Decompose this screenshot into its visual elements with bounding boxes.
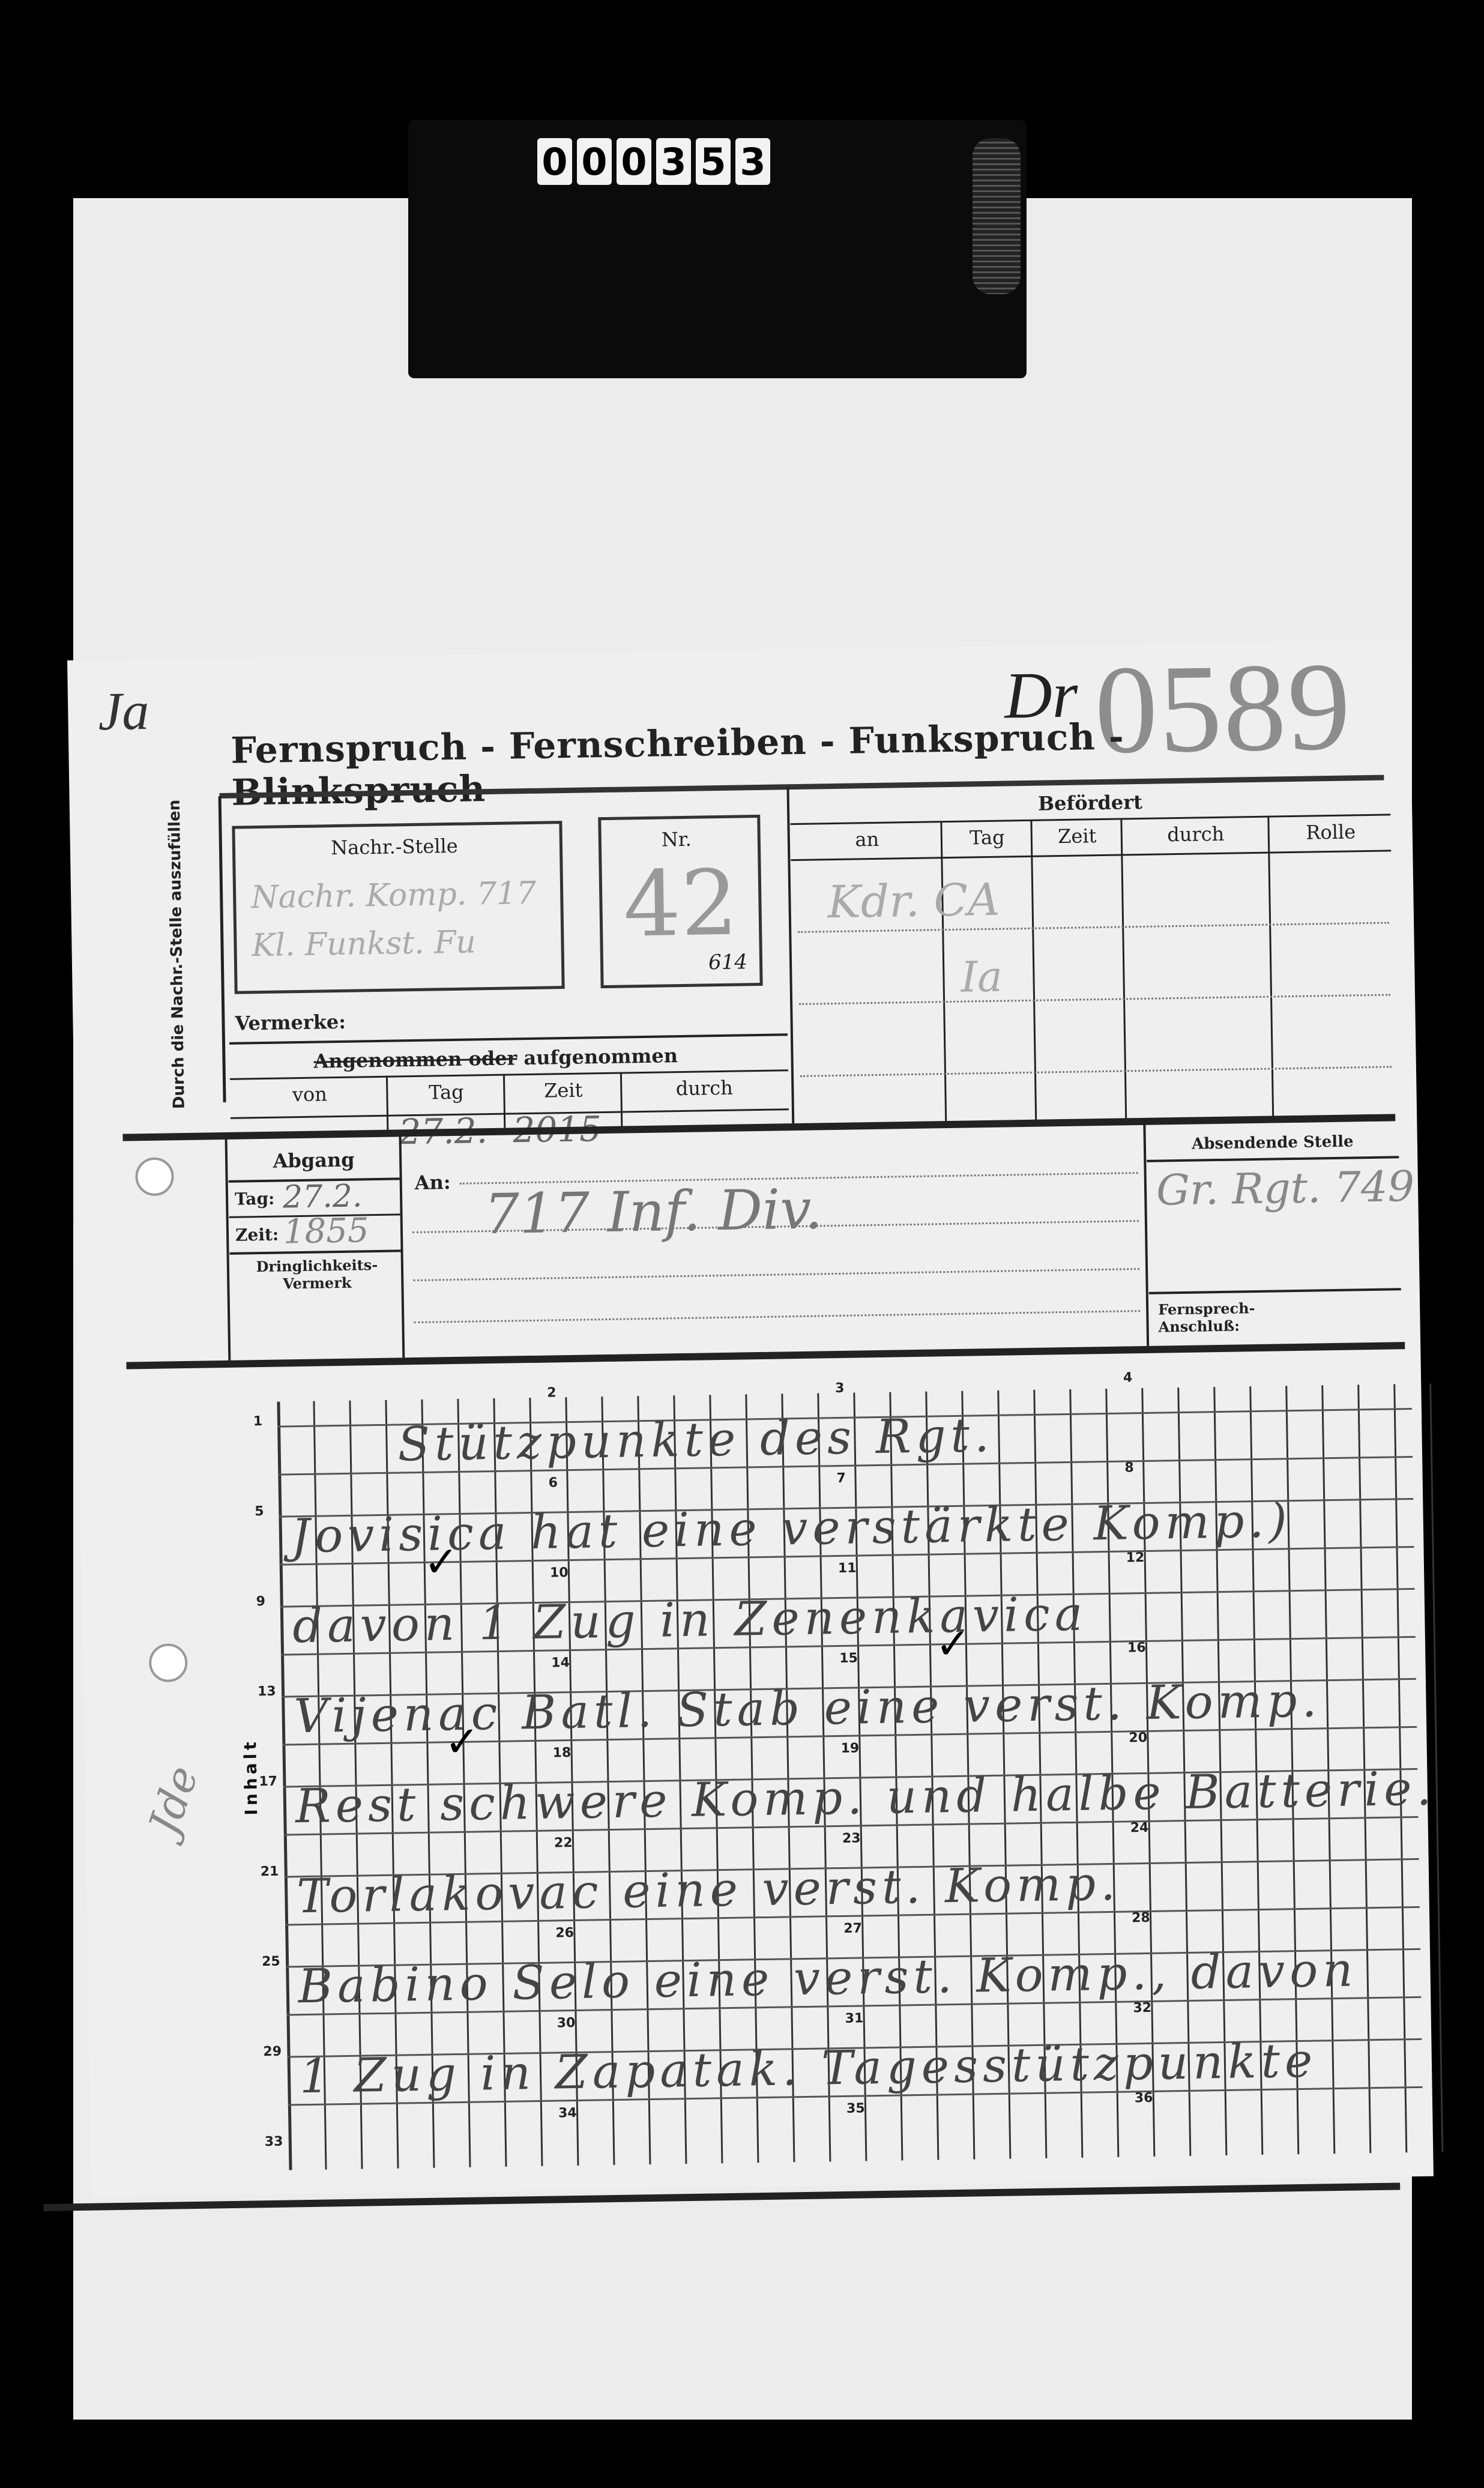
line-number: 32	[1133, 2000, 1151, 2015]
an-label: An:	[414, 1171, 450, 1194]
nr-value: 42	[623, 851, 739, 958]
line-number: 15	[839, 1651, 858, 1666]
line-number: 11	[838, 1561, 857, 1576]
abgang-tag-value: 27.2.	[283, 1178, 363, 1215]
befoerdert-col-durch: durch	[1123, 822, 1268, 847]
line-number: 8	[1124, 1460, 1134, 1475]
aufgenommen-col-von: von	[233, 1082, 387, 1107]
befoerdert-handwritten: Kdr. CA	[827, 874, 1000, 928]
aufgenommen-text: aufgenommen	[523, 1044, 678, 1069]
line-number: 2	[547, 1385, 556, 1400]
message-grid: Inhalt 159131721252933234678101112141516…	[241, 1384, 1423, 2170]
absendende-stelle-value: Gr. Rgt. 749	[1156, 1162, 1414, 1215]
line-number: 6	[548, 1475, 558, 1490]
line-number: 26	[555, 1925, 574, 1940]
abgang-divider	[399, 1135, 405, 1357]
line-number: 18	[552, 1745, 571, 1760]
counter-digits: 0 0 0 3 5 3	[537, 138, 770, 185]
counter-digit: 0	[617, 138, 651, 185]
dotted-line	[800, 1066, 1392, 1076]
message-form: Ja Dr 0589 Fernspruch - Fernschreiben - …	[67, 639, 1434, 2197]
line-number: 1	[253, 1414, 263, 1429]
line-number: 31	[845, 2011, 864, 2026]
message-line: 1 Zug in Zapatak. Tagesstützpunkte	[299, 2034, 1317, 2104]
message-line: Rest schwere Komp. und halbe Batterie.	[295, 1762, 1437, 1834]
counter-digit: 3	[735, 138, 770, 185]
line-number: 5	[255, 1504, 264, 1519]
befoerdert-col-an: an	[794, 827, 941, 852]
col-divider	[503, 1074, 505, 1128]
line-number: 28	[1132, 1910, 1150, 1925]
section-separator	[126, 1342, 1405, 1369]
rule	[229, 1033, 788, 1045]
an-value: 717 Inf. Div.	[484, 1177, 823, 1246]
befoerdert-col-rolle: Rolle	[1270, 820, 1391, 844]
dotted-line	[414, 1310, 1140, 1323]
nachr-stelle-value-2: Kl. Funkst. Fu	[252, 924, 476, 964]
line-number: 29	[263, 2044, 282, 2059]
col-divider	[940, 822, 947, 1122]
absendende-stelle-label: Absendende Stelle	[1147, 1132, 1399, 1154]
abgang-zeit-value: 1855	[283, 1211, 369, 1251]
rule	[231, 1108, 789, 1119]
check-mark-icon: ✓	[423, 1537, 459, 1587]
line-number: 14	[551, 1655, 570, 1670]
nr-sub-value: 614	[708, 950, 748, 974]
margin-initials: Jde	[139, 1760, 208, 1841]
counter-knob-icon	[973, 138, 1021, 294]
aufgenommen-col-tag: Tag	[389, 1080, 504, 1105]
dotted-line	[799, 994, 1390, 1004]
line-number: 3	[835, 1381, 845, 1396]
absender-divider	[1143, 1124, 1149, 1346]
rule	[230, 1249, 401, 1254]
line-number: 34	[558, 2106, 577, 2121]
line-number: 22	[554, 1835, 573, 1850]
col-divider	[1030, 821, 1037, 1121]
aufgenommen-col-durch: durch	[623, 1075, 786, 1101]
vermerke-label: Vermerke:	[235, 1010, 346, 1035]
rule	[791, 850, 1391, 861]
line-number: 30	[557, 2015, 576, 2031]
counter-digit: 0	[577, 138, 612, 185]
aufgenommen-col-zeit: Zeit	[506, 1078, 621, 1103]
fernsprech-label: Fernsprech-Anschluß:	[1158, 1299, 1279, 1335]
rule	[1147, 1156, 1399, 1162]
col-divider	[1120, 819, 1127, 1119]
line-number: 9	[256, 1594, 265, 1609]
line-number: 12	[1126, 1550, 1145, 1565]
dotted-line	[413, 1268, 1139, 1281]
check-mark-icon: ✓	[935, 1619, 971, 1669]
befoerdert-col-zeit: Zeit	[1034, 824, 1121, 848]
line-number: 33	[265, 2134, 283, 2149]
line-number: 27	[843, 1921, 862, 1936]
col-divider	[386, 1076, 388, 1130]
line-number: 19	[840, 1741, 859, 1756]
dringlichkeit-label: Dringlichkeits-Vermerk	[236, 1255, 399, 1293]
line-number: 4	[1123, 1370, 1133, 1385]
col-divider	[1267, 817, 1274, 1117]
nachr-stelle-value-1: Nachr. Komp. 717	[251, 875, 537, 916]
line-number: 17	[259, 1774, 277, 1789]
line-number: 7	[836, 1471, 846, 1486]
punch-hole	[135, 1157, 174, 1196]
line-number: 36	[1135, 2091, 1153, 2106]
abgang-zeit-label: Zeit:	[235, 1225, 279, 1245]
line-number: 35	[846, 2101, 865, 2116]
counter-digit: 3	[656, 138, 691, 185]
rule	[1149, 1288, 1401, 1294]
nr-label: Nr.	[599, 827, 755, 852]
frame-counter: 0 0 0 3 5 3	[408, 120, 1027, 378]
message-line: Babino Selo eine verst. Komp., davon	[298, 1943, 1358, 2014]
line-number: 16	[1127, 1640, 1146, 1655]
counter-digit: 0	[537, 138, 572, 185]
aufgenommen-title: Angenommen oder aufgenommen	[313, 1044, 678, 1073]
abgang-tag-label: Tag:	[235, 1189, 275, 1209]
line-number: 21	[261, 1864, 279, 1879]
line-number: 13	[258, 1684, 276, 1699]
left-border	[219, 796, 226, 1102]
inhalt-label: Inhalt	[240, 1738, 261, 1816]
punch-hole	[149, 1643, 188, 1682]
line-number: 23	[842, 1831, 861, 1846]
corner-initials: Ja	[98, 680, 150, 743]
line-number: 10	[550, 1565, 569, 1580]
message-line: Stützpunkte des Rgt.	[397, 1409, 994, 1472]
line-number: 25	[262, 1954, 280, 1969]
angenommen-struck: Angenommen oder	[313, 1046, 517, 1072]
check-mark-icon: ✓	[444, 1717, 480, 1766]
line-number: 24	[1130, 1820, 1149, 1835]
abgang-title: Abgang	[228, 1147, 400, 1173]
col-divider	[620, 1072, 623, 1126]
line-number: 20	[1129, 1730, 1147, 1745]
counter-digit: 5	[696, 138, 731, 185]
befoerdert-handwritten-2: Ia	[961, 952, 1003, 1002]
befoerdert-col-tag: Tag	[944, 826, 1031, 850]
side-caption: Durch die Nachr.-Stelle auszufüllen	[166, 821, 207, 1110]
